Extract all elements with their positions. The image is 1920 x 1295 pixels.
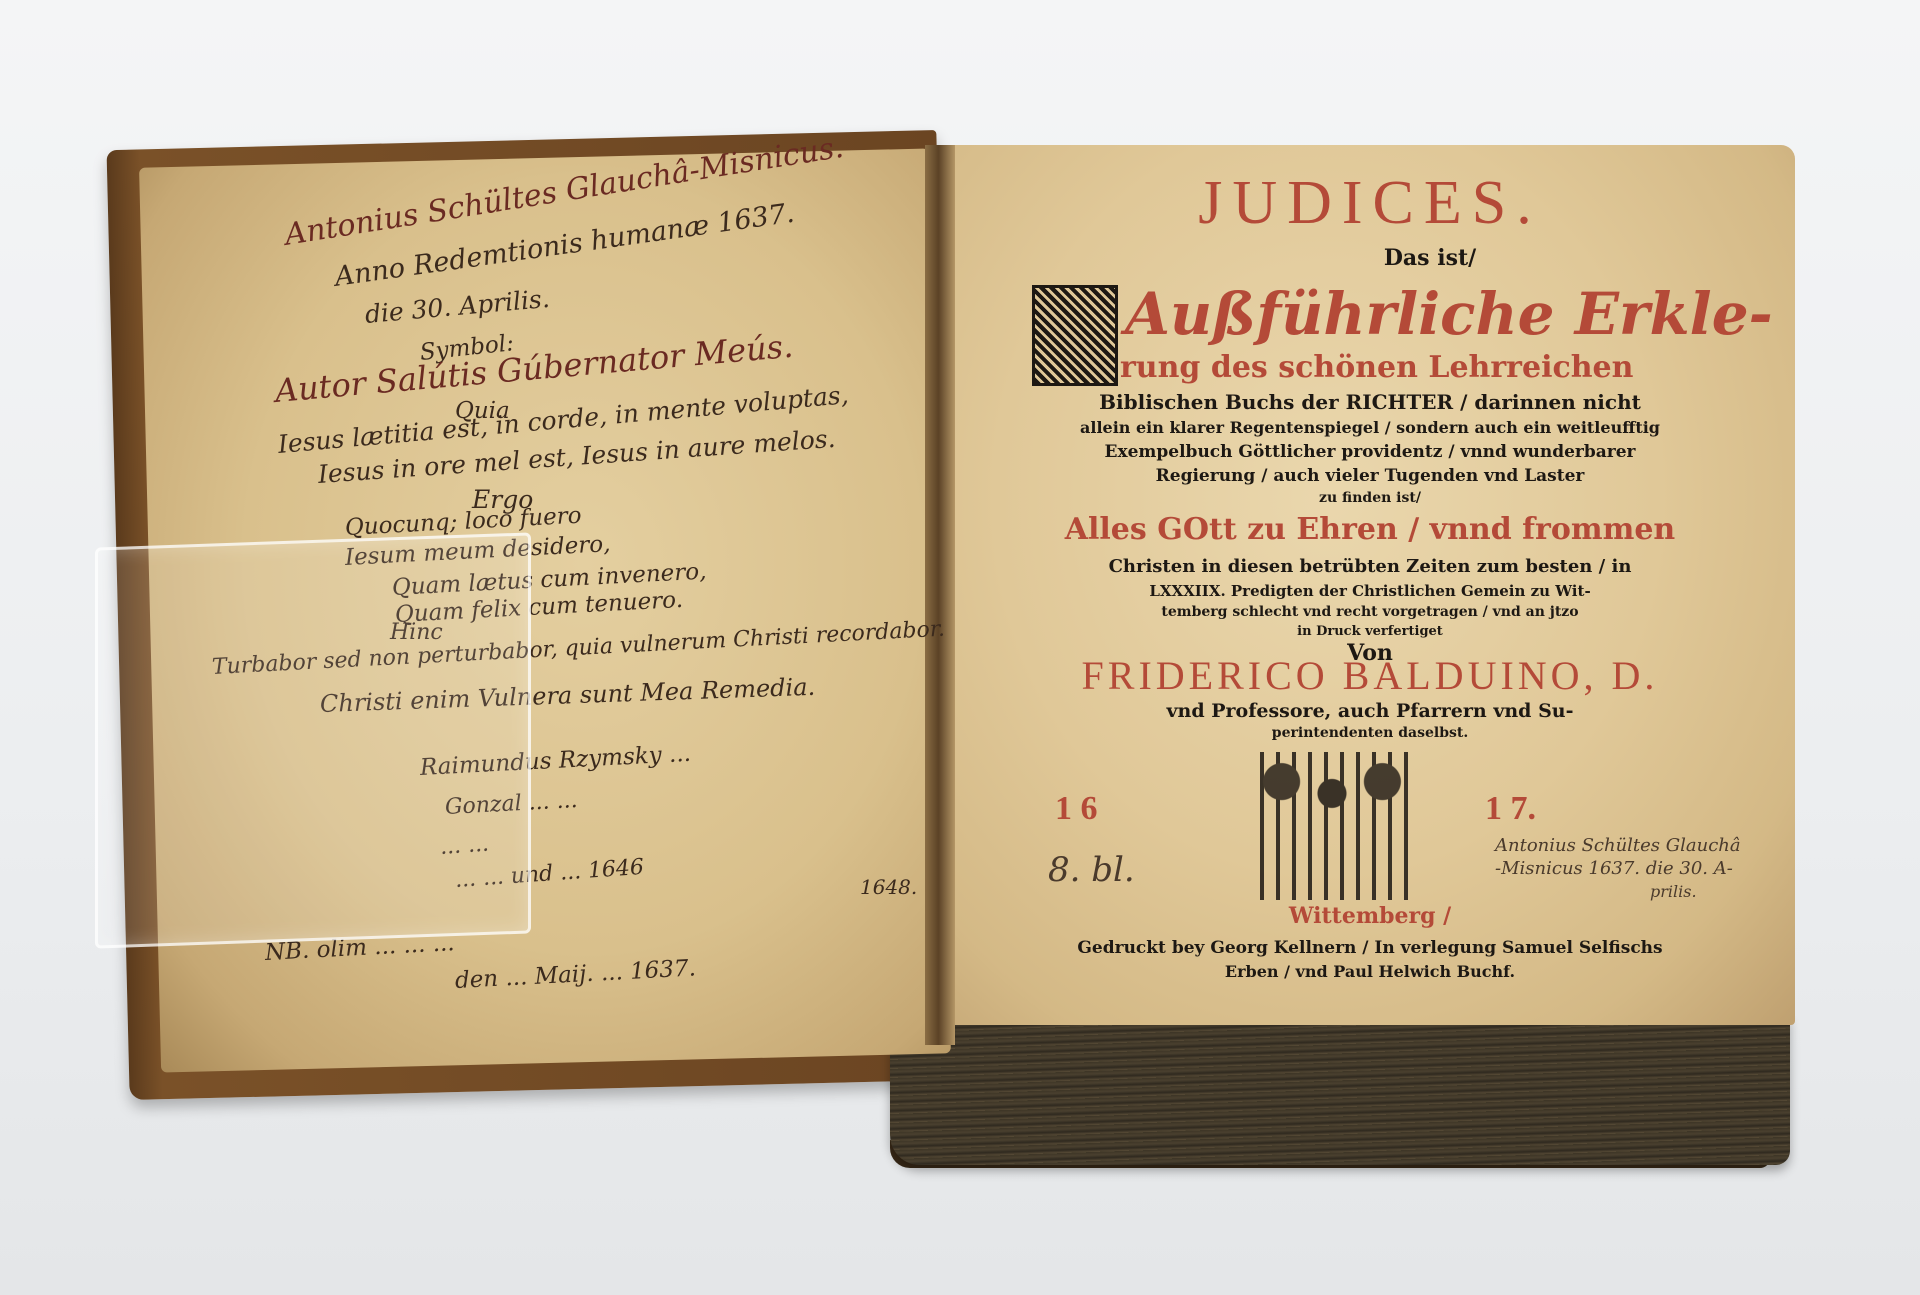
author-name: FRIDERICO BALDUINO, D.: [945, 652, 1795, 699]
subtitle-line: zu finden ist/: [945, 490, 1795, 506]
dedication-line: Alles GOtt zu Ehren / vnnd frommen: [945, 512, 1795, 547]
body-line: LXXXIIX. Predigten der Christlichen Geme…: [945, 582, 1795, 600]
imprint-place: Wittemberg /: [945, 903, 1815, 929]
headline: Außführliche Erkle-: [1125, 280, 1773, 348]
imprint-line: Gedruckt bey Georg Kellnern / In verlegu…: [945, 938, 1795, 958]
ownership-note-line: prilis.: [1650, 882, 1697, 901]
acrylic-display-stand: [95, 532, 531, 948]
imprint-line: Erben / vnd Paul Helwich Buchf.: [945, 962, 1795, 981]
body-line: in Druck verfertiget: [945, 624, 1795, 639]
subtitle-line: Biblischen Buchs der RICHTER / darinnen …: [945, 390, 1795, 414]
year-part-right: 1 7.: [1485, 790, 1536, 828]
year-part-left: 1 6: [1055, 790, 1098, 828]
book-title: JUDICES.: [945, 168, 1795, 239]
subtitle-line: rung des schönen Lehrreichen: [1120, 350, 1633, 385]
shelfmark-note: 8. bl.: [1048, 850, 1135, 890]
subtitle-line: Regierung / auch vieler Tugenden vnd Las…: [945, 466, 1795, 486]
subtitle-line: Exempelbuch Göttlicher providentz / vnnd…: [945, 442, 1795, 462]
printers-device-woodcut-icon: [1248, 752, 1416, 900]
subtitle-line: allein ein klarer Regentenspiegel / sond…: [945, 418, 1795, 437]
body-line: temberg schlecht vnd recht vorgetragen /…: [945, 604, 1795, 620]
body-line: Christen in diesen betrübten Zeiten zum …: [945, 556, 1795, 577]
author-role-line: perintendenten daselbst.: [945, 725, 1795, 741]
decorated-initial-icon: [1032, 285, 1118, 386]
ownership-note-line: Antonius Schültes Glauchâ: [1495, 835, 1741, 856]
das-ist: Das ist/: [945, 245, 1855, 271]
ownership-note-line: -Misnicus 1637. die 30. A-: [1495, 858, 1733, 879]
author-role-line: vnd Professore, auch Pfarrern vnd Su-: [945, 700, 1795, 722]
later-note-date: 1648.: [860, 875, 917, 899]
book-fore-edge: [890, 1015, 1790, 1165]
